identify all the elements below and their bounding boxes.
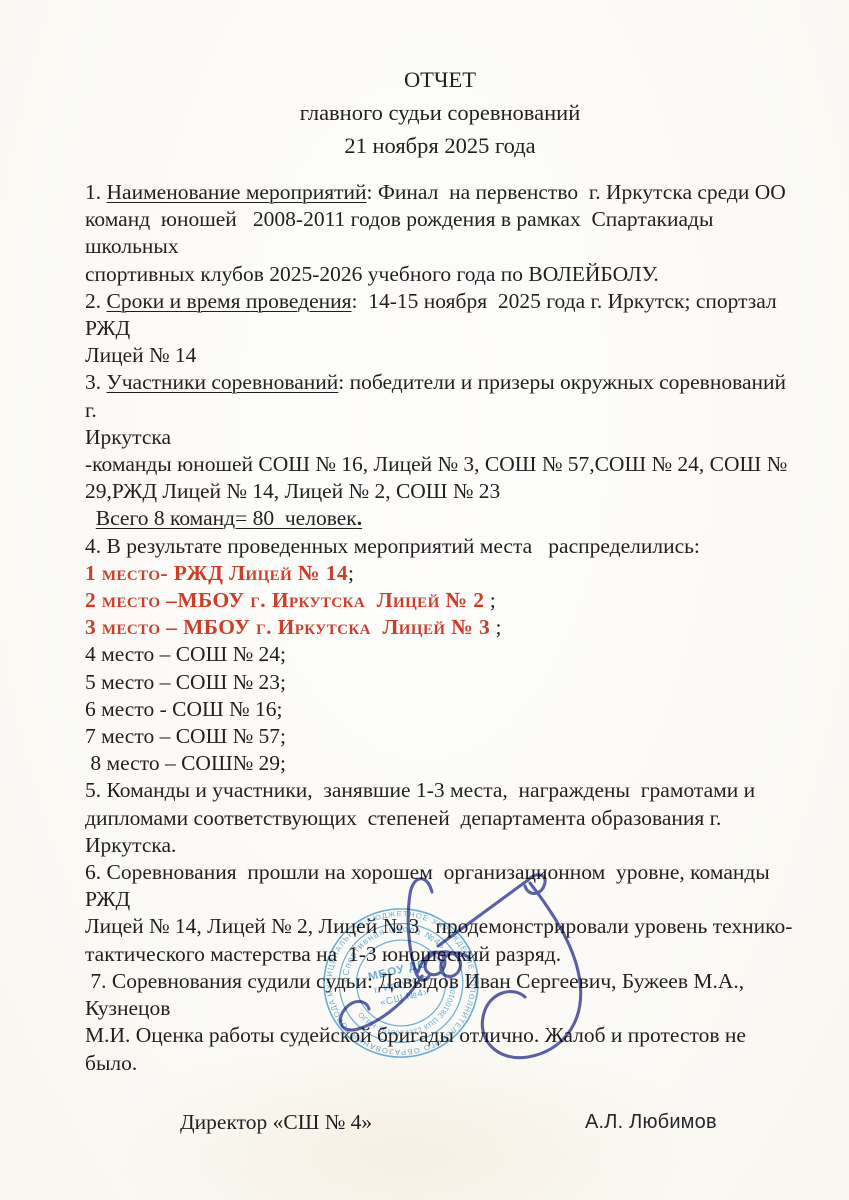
text-line: 7 место – СОШ № 57;	[85, 723, 795, 750]
text-line: 2. Сроки и время проведения: 14-15 ноябр…	[85, 288, 795, 342]
text-line: 3 место – МБОУ г. Иркутска Лицей № 3 ;	[85, 614, 795, 641]
text-line: -команды юношей СОШ № 16, Лицей № 3, СОШ…	[85, 451, 795, 478]
text-line: Иркутска	[85, 424, 795, 451]
text-line: 5. Команды и участники, занявшие 1-3 мес…	[85, 777, 795, 804]
title-line-3: 21 ноября 2025 года	[85, 129, 795, 162]
director-label: Директор «СШ № 4»	[180, 1110, 372, 1135]
text-line: 3. Участники соревнований: победители и …	[85, 369, 795, 423]
text-line: 5 место – СОШ № 23;	[85, 669, 795, 696]
text-line: 1. Наименование мероприятий: Финал на пе…	[85, 179, 795, 206]
text-line: 8 место – СОШ№ 29;	[85, 750, 795, 777]
handwritten-signature-icon	[314, 848, 614, 1088]
title-line-1: ОТЧЕТ	[85, 63, 795, 96]
title-line-2: главного судьи соревнований	[85, 96, 795, 129]
text-line: спортивных клубов 2025-2026 учебного год…	[85, 261, 795, 288]
signature-block: Директор «СШ № 4» А.Л. Любимов	[85, 1110, 795, 1142]
text-line: 6 место - СОШ № 16;	[85, 696, 795, 723]
text-line: 4 место – СОШ № 24;	[85, 641, 795, 668]
text-line: 2 место –МБОУ г. Иркутска Лицей № 2 ;	[85, 587, 795, 614]
text-line: Лицей № 14	[85, 342, 795, 369]
director-name: А.Л. Любимов	[585, 1111, 717, 1134]
scanned-report-page: ОТЧЕТ главного судьи соревнований 21 ноя…	[0, 0, 849, 1200]
text-line: 4. В результате проведенных мероприятий …	[85, 533, 795, 560]
text-line: 1 место- РЖД Лицей № 14;	[85, 560, 795, 587]
document-title: ОТЧЕТ главного судьи соревнований 21 ноя…	[85, 63, 795, 162]
text-line: Всего 8 команд= 80 человек.	[85, 505, 795, 532]
text-line: 29,РЖД Лицей № 14, Лицей № 2, СОШ № 23	[85, 478, 795, 505]
text-line: команд юношей 2008-2011 годов рождения в…	[85, 206, 795, 260]
